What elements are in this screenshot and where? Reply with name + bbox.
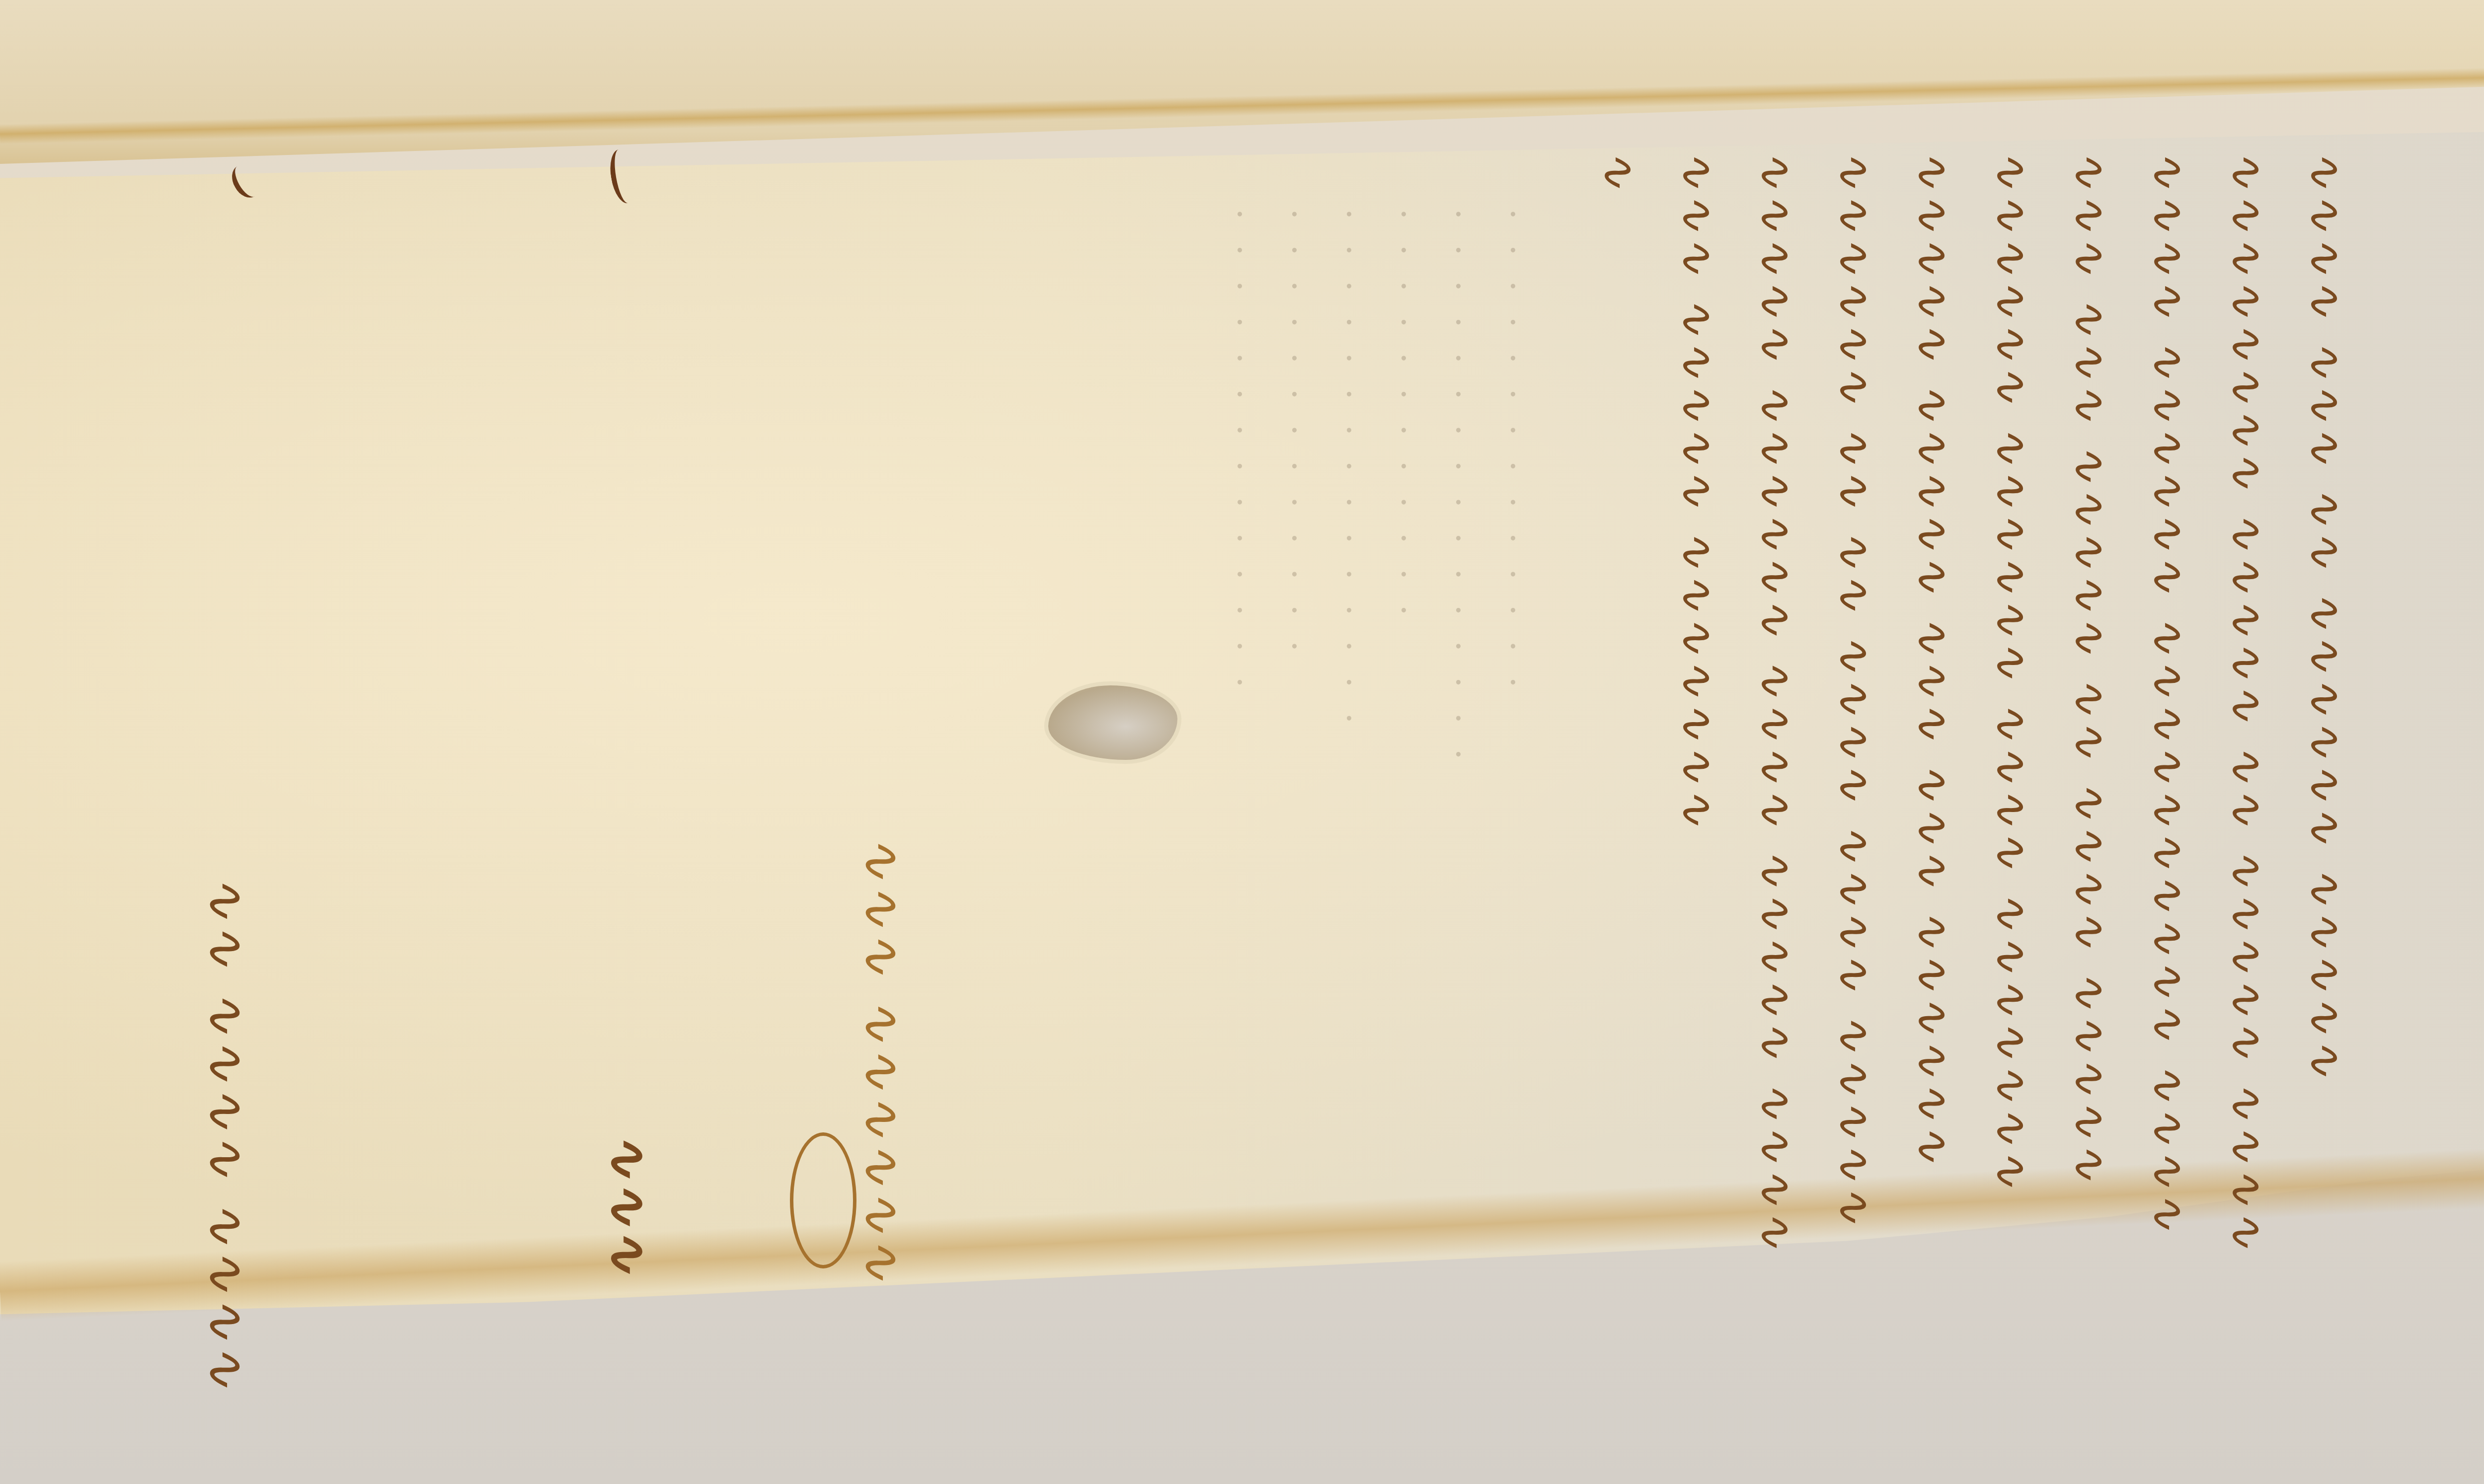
text-line: ∿∿∿ ∿∿∿ ∿∿∿∿∿ ∿∿ ∿∿∿∿ ∿∿∿∿∿: [2051, 149, 2129, 1252]
main-handwritten-text: ∿∿∿∿ ∿∿∿ ∿∿ ∿∿∿∿∿∿ ∿∿∿∿∿ ∿∿∿∿∿∿∿∿ ∿∿∿∿∿ …: [1580, 149, 2365, 1252]
text-line: ∿: [1580, 149, 1658, 1252]
text-line: ∿∿∿∿∿ ∿∿∿∿∿ ∿∿∿ ∿∿∿ ∿∿∿∿∿∿: [1894, 149, 1972, 1252]
text-line: ∿∿∿∿ ∿∿∿∿∿∿ ∿∿∿∿∿∿∿∿∿∿ ∿∿∿∿: [2129, 149, 2208, 1252]
text-line: ∿∿∿ ∿∿∿∿∿ ∿∿∿∿∿∿∿: [1658, 149, 1737, 1252]
annotation-signature: ∿∿∿ ∿∿∿∿∿∿: [851, 834, 914, 1283]
paper-hole: [1048, 685, 1177, 760]
text-line: ∿∿∿∿∿∿ ∿∿∿∿∿∿ ∿∿∿∿ ∿∿∿∿∿∿∿: [1972, 149, 2051, 1252]
signature-flourish: [790, 1132, 856, 1268]
show-through-text: · · · · · · · · · · · · · · · · · · · · …: [1212, 209, 1540, 767]
annotation-middle: ∿∿∿: [597, 1132, 661, 1276]
text-line: ∿∿∿∿∿ ∿∿∿∿∿∿ ∿∿∿∿ ∿∿∿∿∿ ∿∿∿∿: [1737, 149, 1815, 1252]
text-line: ∿∿∿∿∿∿ ∿∿ ∿∿ ∿∿∿∿ ∿∿∿∿ ∿∿∿∿∿: [1815, 149, 1894, 1252]
annotation-left: ∿∿ ∿∿∿∿ ∿∿∿∿: [195, 874, 258, 1391]
text-line: ∿∿∿∿ ∿∿∿ ∿∿ ∿∿∿∿∿∿ ∿∿∿∿∿: [2286, 149, 2365, 1252]
text-line: ∿∿∿∿∿∿∿∿ ∿∿∿∿∿ ∿∿ ∿∿∿∿∿ ∿∿∿∿: [2208, 149, 2286, 1252]
